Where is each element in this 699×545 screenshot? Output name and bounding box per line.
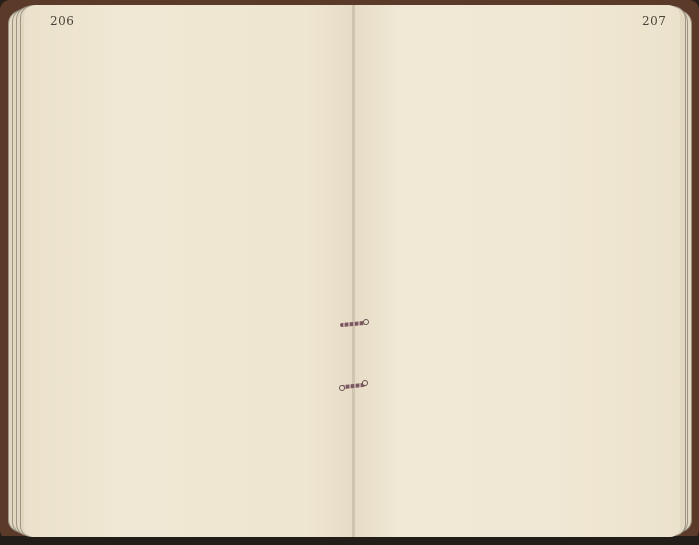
page-number-right: 207 (642, 14, 666, 28)
background-band (0, 536, 699, 545)
page-number-left: 206 (50, 14, 74, 28)
book-gutter (352, 5, 355, 537)
right-page (354, 5, 680, 537)
left-page (24, 5, 354, 537)
